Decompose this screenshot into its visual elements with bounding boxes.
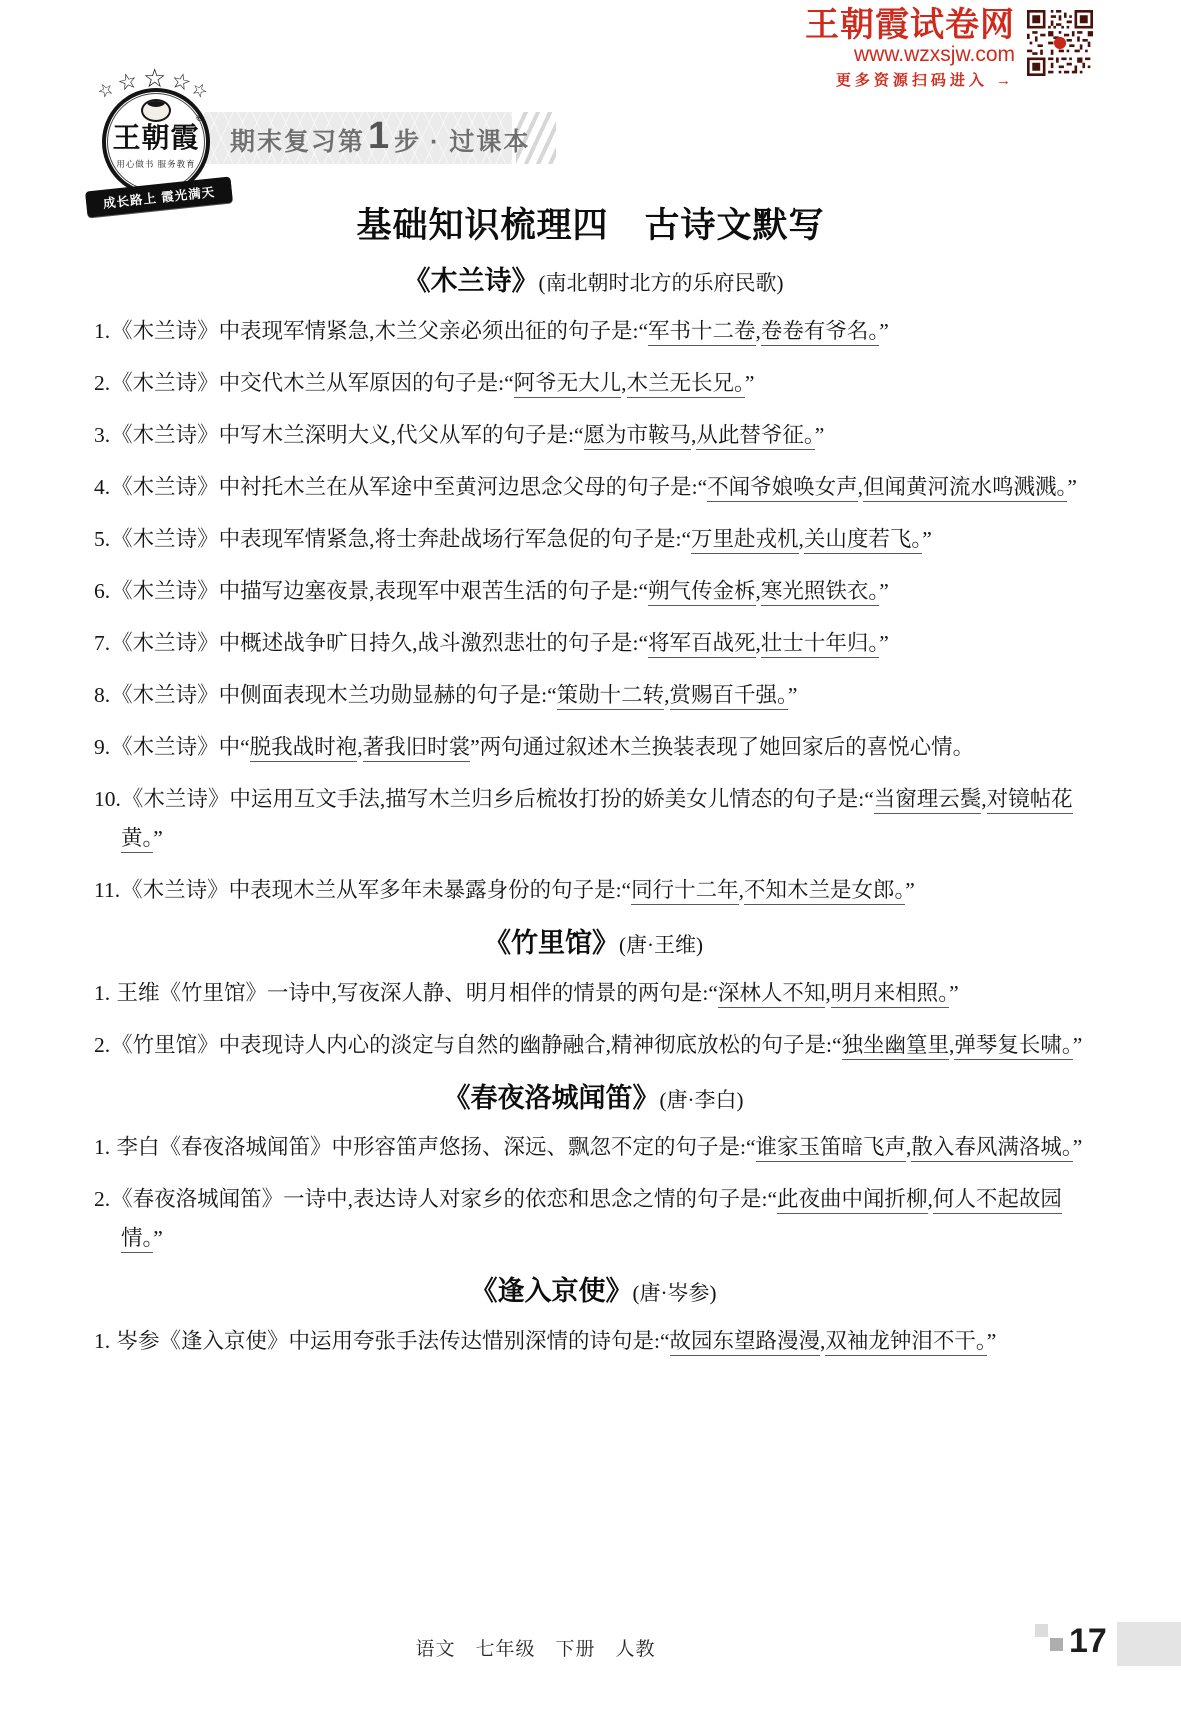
section-items: 1. 王维《竹里馆》一诗中,写夜深人静、明月相伴的情景的两句是:“深林人不知,明… [94, 974, 1093, 1065]
answer-underlined: 木兰无长兄。 [627, 371, 745, 398]
item-text: 《木兰诗》中交代木兰从军原因的句子是:“阿爷无大儿,木兰无长兄。” [111, 371, 754, 398]
question-text: 《木兰诗》中表现木兰从军多年未暴露身份的句子是:“ [121, 878, 631, 902]
list-item: 1.《木兰诗》中表现军情紧急,木兰父亲必须出征的句子是:“军书十二卷,卷卷有爷名… [94, 312, 1093, 351]
question-text: ” [745, 371, 755, 395]
square-decoration [1050, 1638, 1063, 1651]
question-text: 《木兰诗》中概述战争旷日持久,战斗激烈悲壮的句子是:“ [111, 631, 648, 655]
answer-underlined: 寒光照铁衣。 [761, 579, 879, 606]
item-number: 4. [94, 475, 111, 499]
item-text: 《木兰诗》中表现军情紧急,木兰父亲必须出征的句子是:“军书十二卷,卷卷有爷名。” [111, 319, 889, 346]
answer-underlined: 卷卷有爷名。 [761, 319, 879, 346]
answer-underlined: 谁家玉笛暗飞声 [756, 1135, 907, 1162]
square-decoration [1035, 1624, 1048, 1637]
list-item: 6.《木兰诗》中描写边塞夜景,表现军中艰苦生活的句子是:“朔气传金柝,寒光照铁衣… [94, 572, 1093, 611]
section-heading: 《春夜洛城闻笛》(唐·李白) [94, 1082, 1093, 1116]
section-items: 1.《木兰诗》中表现军情紧急,木兰父亲必须出征的句子是:“军书十二卷,卷卷有爷名… [94, 312, 1093, 910]
answer-underlined: 万里赴戎机 [691, 527, 799, 554]
section-items: 1. 岑参《逢入京使》中运用夸张手法传达惜别深情的诗句是:“故园东望路漫漫,双袖… [94, 1322, 1093, 1361]
item-number: 10. [94, 787, 122, 811]
question-text: 《木兰诗》中表现军情紧急,木兰父亲必须出征的句子是:“ [111, 319, 648, 343]
question-text: ” [905, 878, 915, 902]
question-text: , [825, 981, 830, 1005]
question-text: ” [1073, 1135, 1083, 1159]
item-text: 《木兰诗》中表现木兰从军多年未暴露身份的句子是:“同行十二年,不知木兰是女郎。” [121, 878, 915, 905]
item-number: 6. [94, 579, 111, 603]
section-subtitle: (唐·王维) [619, 933, 703, 957]
question-text: , [664, 683, 669, 707]
question-text: ” [879, 631, 889, 655]
list-item: 2.《竹里馆》中表现诗人内心的淡定与自然的幽静融合,精神彻底放松的句子是:“独坐… [94, 1026, 1093, 1065]
question-text: 王维《竹里馆》一诗中,写夜深人静、明月相伴的情景的两句是:“ [117, 981, 718, 1005]
site-name: 王朝霞试卷网 [805, 8, 1015, 43]
answer-underlined: 军书十二卷 [648, 319, 756, 346]
item-text: 《木兰诗》中衬托木兰在从军途中至黄河边思念父母的句子是:“不闻爷娘唤女声,但闻黄… [111, 475, 1077, 502]
answer-underlined: 独坐幽篁里 [842, 1033, 950, 1060]
sections-container: 《木兰诗》(南北朝时北方的乐府民歌) 1.《木兰诗》中表现军情紧急,木兰父亲必须… [0, 265, 1181, 1361]
item-number: 7. [94, 631, 111, 655]
answer-underlined: 愿为市鞍马 [584, 423, 692, 450]
poem-section: 《春夜洛城闻笛》(唐·李白) 1. 李白《春夜洛城闻笛》中形容笛声悠扬、深远、飘… [94, 1082, 1093, 1259]
answer-underlined: 阿爷无大儿 [514, 371, 622, 398]
question-text: ” [788, 683, 798, 707]
item-number: 2. [94, 1033, 111, 1057]
answer-underlined: 脱我战时袍 [250, 735, 358, 762]
question-text: ” [153, 1226, 163, 1250]
answer-underlined: 散入春风满洛城。 [911, 1135, 1072, 1162]
item-text: 《木兰诗》中写木兰深明大义,代父从军的句子是:“愿为市鞍马,从此替爷征。” [111, 423, 824, 450]
list-item: 3.《木兰诗》中写木兰深明大义,代父从军的句子是:“愿为市鞍马,从此替爷征。” [94, 416, 1093, 455]
banner-suffix: 步 · 过课本 [394, 128, 530, 156]
page-number-block: 17 [1031, 1620, 1181, 1670]
section-heading: 《竹里馆》(唐·王维) [94, 927, 1093, 961]
answer-underlined: 关山度若飞。 [804, 527, 922, 554]
question-text: 《木兰诗》中衬托木兰在从军途中至黄河边思念父母的句子是:“ [111, 475, 707, 499]
item-number: 11. [94, 878, 121, 902]
portrait-icon [141, 99, 171, 122]
answer-underlined: 不知木兰是女郎。 [744, 878, 905, 905]
list-item: 11.《木兰诗》中表现木兰从军多年未暴露身份的句子是:“同行十二年,不知木兰是女… [94, 871, 1093, 910]
banner-step-number: 1 [368, 115, 391, 157]
item-text: 《木兰诗》中“脱我战时袍,著我旧时裳”两句通过叙述木兰换装表现了她回家后的喜悦心… [111, 735, 974, 762]
section-heading: 《逢入京使》(唐·岑参) [94, 1275, 1093, 1309]
list-item: 1. 王维《竹里馆》一诗中,写夜深人静、明月相伴的情景的两句是:“深林人不知,明… [94, 974, 1093, 1013]
answer-underlined: 但闻黄河流水鸣溅溅。 [863, 475, 1067, 502]
question-text: , [621, 371, 626, 395]
poem-section: 《逢入京使》(唐·岑参) 1. 岑参《逢入京使》中运用夸张手法传达惜别深情的诗句… [94, 1275, 1093, 1361]
question-text: ” [987, 1329, 997, 1353]
item-text: 《木兰诗》中描写边塞夜景,表现军中艰苦生活的句子是:“朔气传金柝,寒光照铁衣。” [111, 579, 889, 606]
answer-underlined: 明月来相照。 [831, 981, 949, 1008]
answer-underlined: 著我旧时裳 [363, 735, 471, 762]
section-title: 《木兰诗》 [404, 266, 539, 296]
item-number: 2. [94, 371, 111, 395]
question-text: ” [879, 579, 889, 603]
list-item: 2.《春夜洛城闻笛》一诗中,表达诗人对家乡的依恋和思念之情的句子是:“此夜曲中闻… [94, 1180, 1093, 1258]
item-text: 《木兰诗》中表现军情紧急,将士奔赴战场行军急促的句子是:“万里赴戎机,关山度若飞… [111, 527, 932, 554]
answer-underlined: 弹琴复长啸。 [954, 1033, 1072, 1060]
item-text: 《春夜洛城闻笛》一诗中,表达诗人对家乡的依恋和思念之情的句子是:“此夜曲中闻折柳… [111, 1187, 1062, 1253]
answer-underlined: 策勋十二转 [557, 683, 665, 710]
answer-underlined: 故园东望路漫漫 [670, 1329, 821, 1356]
site-tagline: 更多资源扫码进入 → [805, 69, 1015, 90]
answer-underlined: 此夜曲中闻折柳 [777, 1187, 928, 1214]
star-icon: ☆ [95, 79, 118, 102]
qr-code-icon [1027, 10, 1093, 76]
item-text: 岑参《逢入京使》中运用夸张手法传达惜别深情的诗句是:“故园东望路漫漫,双袖龙钟泪… [117, 1329, 997, 1356]
question-text: 《竹里馆》中表现诗人内心的淡定与自然的幽静融合,精神彻底放松的句子是:“ [111, 1033, 841, 1057]
list-item: 8.《木兰诗》中侧面表现木兰功勋显赫的句子是:“策勋十二转,赏赐百千强。” [94, 676, 1093, 715]
site-brand: 王朝霞试卷网 www.wzxsjw.com 更多资源扫码进入 → [805, 8, 1015, 90]
item-number: 1. [94, 1135, 117, 1159]
question-text: 岑参《逢入京使》中运用夸张手法传达惜别深情的诗句是:“ [117, 1329, 670, 1353]
answer-underlined: 朔气传金柝 [648, 579, 756, 606]
question-text: 《春夜洛城闻笛》一诗中,表达诗人对家乡的依恋和思念之情的句子是:“ [111, 1187, 777, 1211]
answer-underlined: 将军百战死 [648, 631, 756, 658]
list-item: 7.《木兰诗》中概述战争旷日持久,战斗激烈悲壮的句子是:“将军百战死,壮士十年归… [94, 624, 1093, 663]
page-number: 17 [1069, 1622, 1107, 1661]
question-text: 《木兰诗》中写木兰深明大义,代父从军的句子是:“ [111, 423, 583, 447]
question-text: 《木兰诗》中运用互文手法,描写木兰归乡后梳妆打扮的娇美女儿情态的句子是:“ [122, 787, 874, 811]
answer-underlined: 赏赐百千强。 [670, 683, 788, 710]
question-text: , [981, 787, 986, 811]
item-text: 李白《春夜洛城闻笛》中形容笛声悠扬、深远、飘忽不定的句子是:“谁家玉笛暗飞声,散… [117, 1135, 1083, 1162]
answer-underlined: 当窗理云鬓 [874, 787, 982, 814]
publisher-logo: ☆ ☆ ☆ ☆ ☆ 王朝霞® 用心做书 服务教育 成长路上 霞光满天 [92, 70, 220, 202]
question-text: 《木兰诗》中描写边塞夜景,表现军中艰苦生活的句子是:“ [111, 579, 648, 603]
question-text: 李白《春夜洛城闻笛》中形容笛声悠扬、深远、飘忽不定的句子是:“ [117, 1135, 756, 1159]
question-text: ” [815, 423, 825, 447]
item-number: 1. [94, 1329, 117, 1353]
item-text: 《竹里馆》中表现诗人内心的淡定与自然的幽静融合,精神彻底放松的句子是:“独坐幽篁… [111, 1033, 1082, 1060]
question-text: ” [1073, 1033, 1083, 1057]
list-item: 1. 李白《春夜洛城闻笛》中形容笛声悠扬、深远、飘忽不定的句子是:“谁家玉笛暗飞… [94, 1128, 1093, 1167]
section-subtitle: (唐·李白) [660, 1088, 744, 1112]
item-number: 9. [94, 735, 111, 759]
list-item: 2.《木兰诗》中交代木兰从军原因的句子是:“阿爷无大儿,木兰无长兄。” [94, 364, 1093, 403]
section-items: 1. 李白《春夜洛城闻笛》中形容笛声悠扬、深远、飘忽不定的句子是:“谁家玉笛暗飞… [94, 1128, 1093, 1258]
answer-underlined: 从此替爷征。 [696, 423, 814, 450]
item-number: 1. [94, 319, 111, 343]
question-text: 《木兰诗》中“ [111, 735, 250, 759]
item-text: 王维《竹里馆》一诗中,写夜深人静、明月相伴的情景的两句是:“深林人不知,明月来相… [117, 981, 959, 1008]
registered-mark: ® [196, 114, 204, 124]
site-url: www.wzxsjw.com [805, 44, 1015, 66]
list-item: 4.《木兰诗》中衬托木兰在从军途中至黄河边思念父母的句子是:“不闻爷娘唤女声,但… [94, 468, 1093, 507]
item-text: 《木兰诗》中侧面表现木兰功勋显赫的句子是:“策勋十二转,赏赐百千强。” [111, 683, 797, 710]
question-text: , [357, 735, 362, 759]
list-item: 5.《木兰诗》中表现军情紧急,将士奔赴战场行军急促的句子是:“万里赴戎机,关山度… [94, 520, 1093, 559]
question-text: 《木兰诗》中侧面表现木兰功勋显赫的句子是:“ [111, 683, 557, 707]
question-text: ” [1067, 475, 1077, 499]
item-number: 3. [94, 423, 111, 447]
page-number-bar [1117, 1622, 1181, 1666]
item-number: 1. [94, 981, 117, 1005]
question-text: ”两句通过叙述木兰换装表现了她回家后的喜悦心情。 [470, 735, 974, 759]
section-title: 《竹里馆》 [484, 928, 619, 958]
poem-section: 《木兰诗》(南北朝时北方的乐府民歌) 1.《木兰诗》中表现军情紧急,木兰父亲必须… [94, 265, 1093, 910]
scanned-workbook-page: 王朝霞试卷网 www.wzxsjw.com 更多资源扫码进入 → 期末复习第1步… [0, 0, 1181, 1730]
question-text: 《木兰诗》中交代木兰从军原因的句子是:“ [111, 371, 514, 395]
chapter-banner: 期末复习第1步 · 过课本 [204, 112, 512, 164]
banner-prefix: 期末复习第 [230, 128, 365, 156]
answer-underlined: 双袖龙钟泪不干。 [825, 1329, 986, 1356]
section-title: 《春夜洛城闻笛》 [444, 1083, 660, 1113]
section-subtitle: (唐·岑参) [633, 1281, 717, 1305]
footer-text: 语文 七年级 下册 人教 [0, 1634, 1071, 1661]
item-number: 5. [94, 527, 111, 551]
list-item: 10.《木兰诗》中运用互文手法,描写木兰归乡后梳妆打扮的娇美女儿情态的句子是:“… [94, 780, 1093, 858]
question-text: ” [153, 826, 163, 850]
star-icon: ☆ [188, 79, 211, 102]
item-number: 8. [94, 683, 111, 707]
section-title: 《逢入京使》 [471, 1276, 633, 1306]
question-text: ” [949, 981, 959, 1005]
answer-underlined: 不闻爷娘唤女声 [707, 475, 858, 502]
logo-slogan: 用心做书 服务教育 [106, 158, 206, 170]
item-text: 《木兰诗》中概述战争旷日持久,战斗激烈悲壮的句子是:“将军百战死,壮士十年归。” [111, 631, 889, 658]
answer-underlined: 壮士十年归。 [761, 631, 879, 658]
list-item: 1. 岑参《逢入京使》中运用夸张手法传达惜别深情的诗句是:“故园东望路漫漫,双袖… [94, 1322, 1093, 1361]
answer-underlined: 深林人不知 [718, 981, 826, 1008]
list-item: 9.《木兰诗》中“脱我战时袍,著我旧时裳”两句通过叙述木兰换装表现了她回家后的喜… [94, 728, 1093, 767]
question-text: 《木兰诗》中表现军情紧急,将士奔赴战场行军急促的句子是:“ [111, 527, 691, 551]
banner-text: 期末复习第1步 · 过课本 [230, 117, 530, 160]
poem-section: 《竹里馆》(唐·王维) 1. 王维《竹里馆》一诗中,写夜深人静、明月相伴的情景的… [94, 927, 1093, 1065]
section-heading: 《木兰诗》(南北朝时北方的乐府民歌) [94, 265, 1093, 299]
section-subtitle: (南北朝时北方的乐府民歌) [539, 271, 784, 295]
logo-name: 王朝霞® [106, 124, 206, 155]
question-text: ” [879, 319, 889, 343]
item-number: 2. [94, 1187, 111, 1211]
item-text: 《木兰诗》中运用互文手法,描写木兰归乡后梳妆打扮的娇美女儿情态的句子是:“当窗理… [121, 787, 1073, 853]
question-text: ” [922, 527, 932, 551]
answer-underlined: 同行十二年 [631, 878, 739, 905]
